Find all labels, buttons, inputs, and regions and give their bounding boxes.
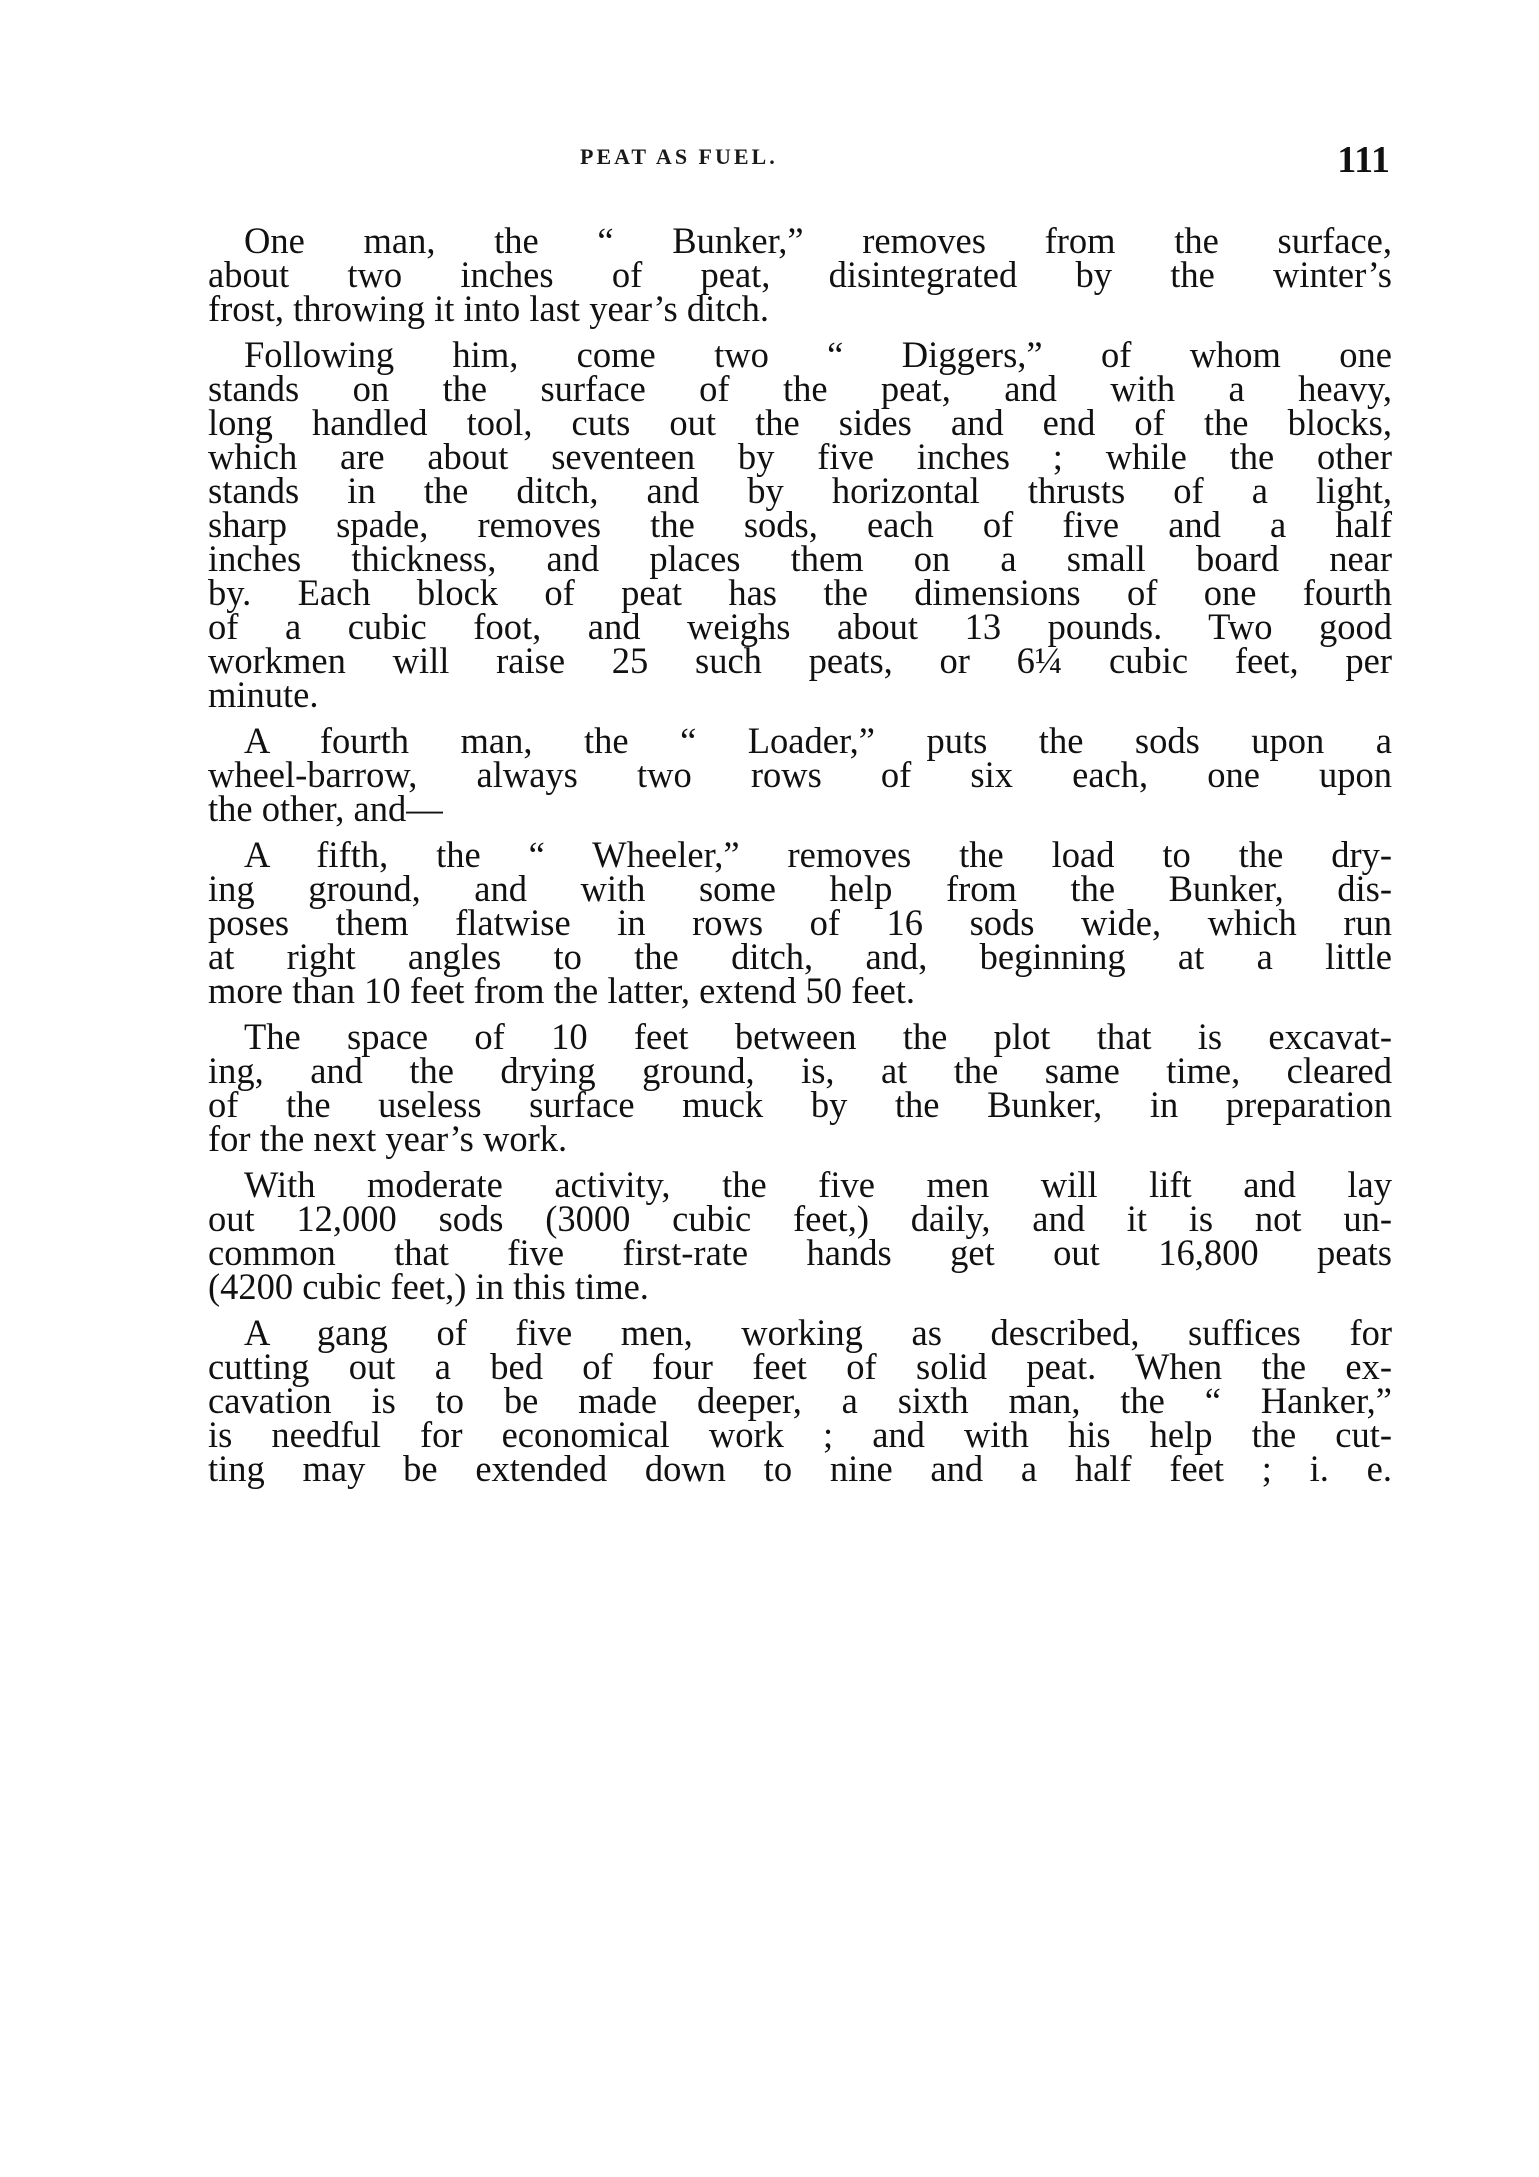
text-line: cavation is to be made deeper, a sixth m… xyxy=(208,1384,1392,1418)
text-line: inches thickness, and places them on a s… xyxy=(208,542,1392,576)
paragraph-output: With moderate activity, the five men wil… xyxy=(208,1168,1392,1304)
text-line: more than 10 feet from the latter, exten… xyxy=(208,974,1392,1008)
text-line: A fifth, the “ Wheeler,” removes the loa… xyxy=(208,838,1392,872)
text-line: which are about seventeen by five inches… xyxy=(208,440,1392,474)
text-line: of a cubic foot, and weighs about 13 pou… xyxy=(208,610,1392,644)
text-line: A fourth man, the “ Loader,” puts the so… xyxy=(208,724,1392,758)
page-number: 111 xyxy=(1337,138,1390,182)
text-line: minute. xyxy=(208,678,1392,712)
text-line: stands on the surface of the peat, and w… xyxy=(208,372,1392,406)
text-line: workmen will raise 25 such peats, or 6¼ … xyxy=(208,644,1392,678)
text-line: frost, throwing it into last year’s ditc… xyxy=(208,292,1392,326)
running-title: PEAT AS FUEL. xyxy=(580,144,778,170)
book-page: PEAT AS FUEL. 111 One man, the “ Bunker,… xyxy=(0,0,1539,2177)
text-line: of the useless surface muck by the Bunke… xyxy=(208,1088,1392,1122)
text-line: for the next year’s work. xyxy=(208,1122,1392,1156)
text-line: ing ground, and with some help from the … xyxy=(208,872,1392,906)
text-line: common that five first-rate hands get ou… xyxy=(208,1236,1392,1270)
text-line: by. Each block of peat has the dimension… xyxy=(208,576,1392,610)
text-line: The space of 10 feet between the plot th… xyxy=(208,1020,1392,1054)
text-line: sharp spade, removes the sods, each of f… xyxy=(208,508,1392,542)
paragraph-wheeler: A fifth, the “ Wheeler,” removes the loa… xyxy=(208,838,1392,1008)
text-line: the other, and— xyxy=(208,792,1392,826)
text-line: poses them flatwise in rows of 16 sods w… xyxy=(208,906,1392,940)
body-text: One man, the “ Bunker,” removes from the… xyxy=(208,224,1392,1498)
text-line: A gang of five men, working as described… xyxy=(208,1316,1392,1350)
text-line: wheel-barrow, always two rows of six eac… xyxy=(208,758,1392,792)
text-line: Following him, come two “ Diggers,” of w… xyxy=(208,338,1392,372)
paragraph-diggers: Following him, come two “ Diggers,” of w… xyxy=(208,338,1392,712)
text-line: With moderate activity, the five men wil… xyxy=(208,1168,1392,1202)
text-line: stands in the ditch, and by horizontal t… xyxy=(208,474,1392,508)
text-line: cutting out a bed of four feet of solid … xyxy=(208,1350,1392,1384)
text-line: One man, the “ Bunker,” removes from the… xyxy=(208,224,1392,258)
text-line: ting may be extended down to nine and a … xyxy=(208,1452,1392,1486)
text-line: about two inches of peat, disintegrated … xyxy=(208,258,1392,292)
paragraph-gang: A gang of five men, working as described… xyxy=(208,1316,1392,1486)
text-line: (4200 cubic feet,) in this time. xyxy=(208,1270,1392,1304)
paragraph-loader: A fourth man, the “ Loader,” puts the so… xyxy=(208,724,1392,826)
text-line: ing, and the drying ground, is, at the s… xyxy=(208,1054,1392,1088)
paragraph-bunker: One man, the “ Bunker,” removes from the… xyxy=(208,224,1392,326)
paragraph-space: The space of 10 feet between the plot th… xyxy=(208,1020,1392,1156)
running-head: PEAT AS FUEL. 111 xyxy=(210,138,1390,182)
text-line: is needful for economical work ; and wit… xyxy=(208,1418,1392,1452)
text-line: long handled tool, cuts out the sides an… xyxy=(208,406,1392,440)
text-line: out 12,000 sods (3000 cubic feet,) daily… xyxy=(208,1202,1392,1236)
text-line: at right angles to the ditch, and, begin… xyxy=(208,940,1392,974)
